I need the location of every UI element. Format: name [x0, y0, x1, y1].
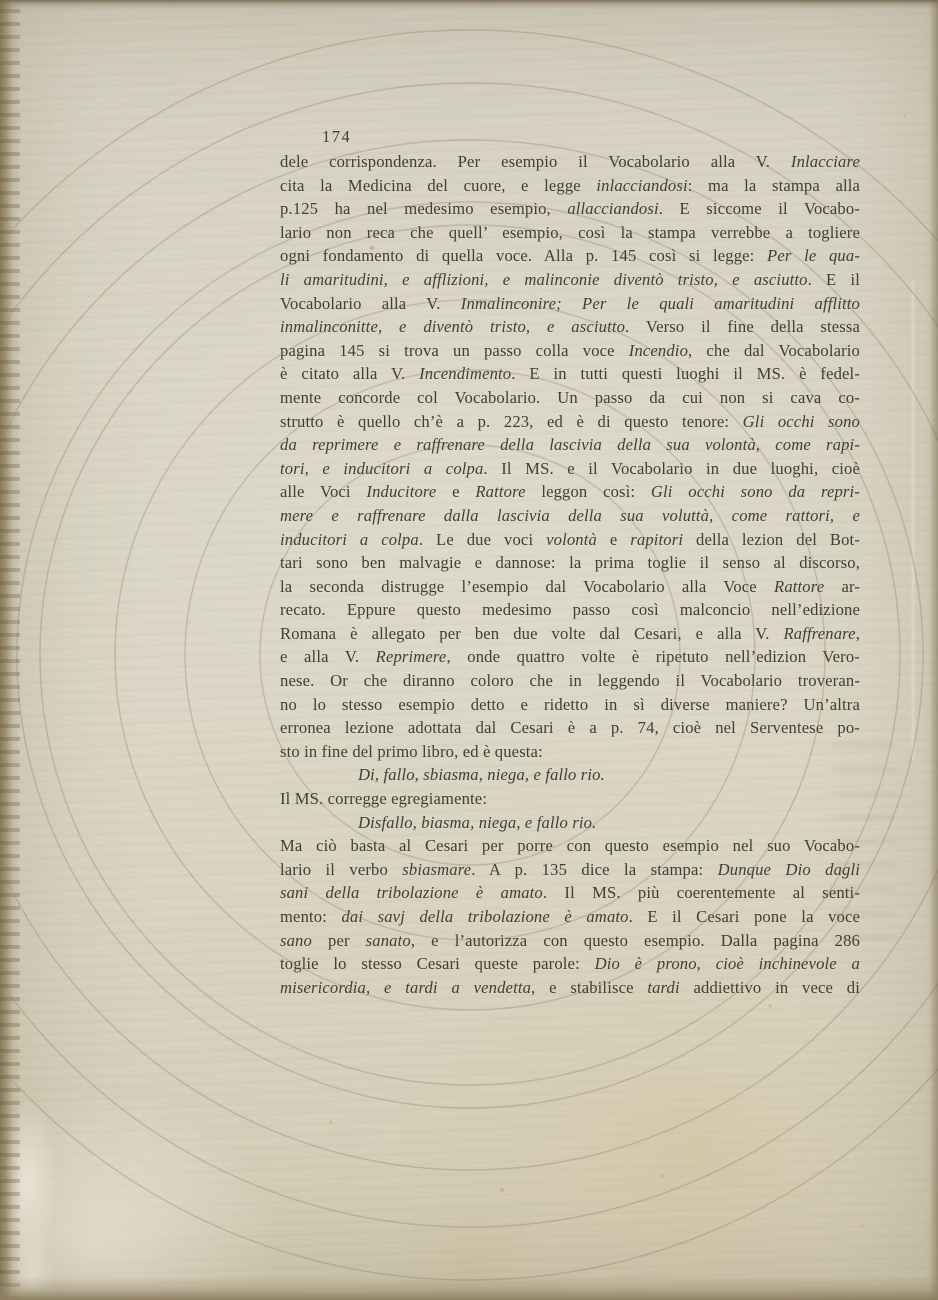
- page-edge-right: [929, 0, 938, 1300]
- text-line: no lo stesso esempio detto e ridetto in …: [280, 693, 860, 717]
- paper-crease: [912, 280, 914, 760]
- text-line: pagina 145 si trova un passo colla voce …: [280, 339, 860, 363]
- text-line: recato. Eppure questo medesimo passo cos…: [280, 598, 860, 622]
- text-line: p.125 ha nel medesimo esempio, allaccian…: [280, 197, 860, 221]
- text-line: li amaritudini, e afflizioni, e malincon…: [280, 268, 860, 292]
- text-line: ogni fondamento di quella voce. Alla p. …: [280, 244, 860, 268]
- text-line: sano per sanato, e l’autorizza con quest…: [280, 929, 860, 953]
- text-line: inducitori a colpa. Le due voci volontà …: [280, 528, 860, 552]
- text-line: inmalinconitte, e diventò tristo, e asci…: [280, 315, 860, 339]
- text-line: Ma ciò basta al Cesari per porre con que…: [280, 834, 860, 858]
- text-line: è citato alla V. Incendimento. E in tutt…: [280, 362, 860, 386]
- text-line: lario non reca che quell’ esempio, così …: [280, 221, 860, 245]
- text-line: sani della tribolazione è amato. Il MS. …: [280, 881, 860, 905]
- page-edge-left: [0, 0, 20, 1300]
- text-line: toglie lo stesso Cesari queste parole: D…: [280, 952, 860, 976]
- text-line: alle Voci Inducitore e Rattore leggon co…: [280, 480, 860, 504]
- page-edge-top: [0, 0, 938, 9]
- text-line: Romana è allegato per ben due volte dal …: [280, 622, 860, 646]
- text-line: la seconda distrugge l’esempio dal Vocab…: [280, 575, 860, 599]
- scanned-book-page: 174 dele corrispondenza. Per esempio il …: [0, 0, 938, 1300]
- text-line: mere e raffrenare dalla lascivia della s…: [280, 504, 860, 528]
- text-line: tari sono ben malvagie e dannose: la pri…: [280, 551, 860, 575]
- text-line: strutto è quello ch’è a p. 223, ed è di …: [280, 410, 860, 434]
- text-line: tori, e inducitori a colpa. Il MS. e il …: [280, 457, 860, 481]
- text-line: Vocabolario alla V. Inmalinconire; Per l…: [280, 292, 860, 316]
- text-line: erronea lezione adottata dal Cesari è a …: [280, 716, 860, 740]
- text-line: da reprimere e raffrenare della lascivia…: [280, 433, 860, 457]
- text-line: e alla V. Reprimere, onde quattro volte …: [280, 645, 860, 669]
- text-block: dele corrispondenza. Per esempio il Voca…: [280, 150, 860, 999]
- text-line: Di, fallo, sbiasma, niega, e fallo rio.: [280, 763, 860, 787]
- text-line: nese. Or che diranno coloro che in legge…: [280, 669, 860, 693]
- text-line: mente concorde col Vocabolario. Un passo…: [280, 386, 860, 410]
- text-line: sto in fine del primo libro, ed è questa…: [280, 740, 860, 764]
- page-number: 174: [322, 127, 351, 147]
- text-line: lario il verbo sbiasmare. A p. 135 dice …: [280, 858, 860, 882]
- text-line: dele corrispondenza. Per esempio il Voca…: [280, 150, 860, 174]
- text-line: misericordia, e tardi a vendetta, e stab…: [280, 976, 860, 1000]
- text-line: cita la Medicina del cuore, e legge inla…: [280, 174, 860, 198]
- text-line: mento: dai savj della tribolazione è ama…: [280, 905, 860, 929]
- text-line: Disfallo, biasma, niega, e fallo rio.: [280, 811, 860, 835]
- text-line: Il MS. corregge egregiamente:: [280, 787, 860, 811]
- page-edge-bottom: [0, 1276, 938, 1300]
